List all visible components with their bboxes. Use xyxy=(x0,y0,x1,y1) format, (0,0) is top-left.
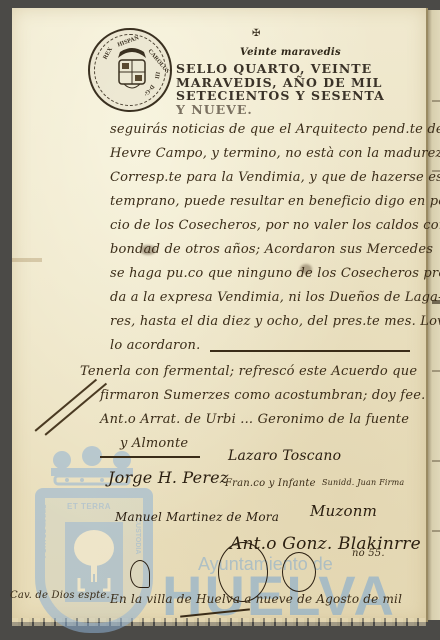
body-line: seguirás noticias de que el Arquitecto p… xyxy=(110,122,440,137)
ink-mark xyxy=(432,370,440,372)
royal-stamp-seal: REX HISPAN CAROLUS III D·G· xyxy=(88,28,172,112)
closing-line: firmaron Sumerzes como acostumbran; doy … xyxy=(100,388,425,403)
body-line: se haga pu.co que ninguno de los Coseche… xyxy=(110,266,440,281)
closing-line: y Almonte xyxy=(120,436,188,451)
signature: Muzonm xyxy=(310,502,377,520)
ink-mark xyxy=(432,100,440,102)
body-line: bondad de otros años; Acordaron sus Merc… xyxy=(110,242,433,257)
closing-line: Ant.o Arrat. de Urbi ... Geronimo de la … xyxy=(100,412,409,427)
ink-stain xyxy=(140,245,156,255)
ink-stain xyxy=(300,264,312,274)
sello-line: maravedis, año de mil xyxy=(176,76,424,90)
seal-legend-word: HISPAN xyxy=(117,35,140,48)
signature: Jorge H. Perez xyxy=(108,468,228,487)
closing-line: Tenerla con fermental; refrescó este Acu… xyxy=(80,364,417,379)
signature: Fran.co y Infante xyxy=(225,478,316,489)
body-line: Corresp.te para la Vendimia, y que de ha… xyxy=(110,170,440,185)
royal-coat-of-arms-icon xyxy=(114,48,150,92)
document-viewer: ET TERRA PORTUS MARIS CUSTODIA Ayuntamie… xyxy=(0,0,440,640)
page-fold xyxy=(12,258,42,262)
signature-underline xyxy=(100,456,200,458)
body-line: Hevre Campo, y termino, no està con la m… xyxy=(110,146,440,161)
signature-flourish xyxy=(130,560,150,588)
body-line: da a la expresa Vendimia, ni los Dueños … xyxy=(110,290,440,305)
watermark-motto-left: PORTUS MARIS xyxy=(41,504,48,558)
final-line: En la villa de Huelva a nueve de Agosto … xyxy=(110,592,402,606)
signature: Manuel Martinez de Mora xyxy=(115,510,279,524)
signature: Lazaro Toscano xyxy=(228,448,341,464)
body-line: res, hasta el dia diez y ocho, del pres.… xyxy=(110,314,440,329)
body-line: cio de los Cosecheros, por no valer los … xyxy=(110,218,440,233)
ink-mark xyxy=(432,530,440,532)
body-line: lo acordaron. xyxy=(110,338,200,353)
margin-note: Cav. de Dios espte. xyxy=(10,590,110,601)
signature-flourish xyxy=(282,552,316,592)
sello-line: y nueve. xyxy=(176,103,424,117)
cross-mark-icon: ✠ xyxy=(252,28,260,39)
stamp-denomination: Veinte maravedis xyxy=(240,47,341,58)
ink-mark xyxy=(432,460,440,462)
seal-legend-word: REX xyxy=(103,47,115,61)
line-filler-stroke xyxy=(210,350,410,352)
seal-legend-word: III xyxy=(153,71,160,79)
signature: Sunidd. Juan Firma xyxy=(322,478,404,487)
body-line: temprano, puede resultar en beneficio di… xyxy=(110,194,440,209)
watermark-motto-top: ET TERRA xyxy=(67,502,111,511)
sello-line: setecientos y sesenta xyxy=(176,89,424,103)
sello-line: Sello quarto, veinte xyxy=(176,62,424,76)
folio-number: no 55. xyxy=(352,548,385,559)
sello-header: Sello quarto, veinte maravedis, año de m… xyxy=(176,62,424,116)
